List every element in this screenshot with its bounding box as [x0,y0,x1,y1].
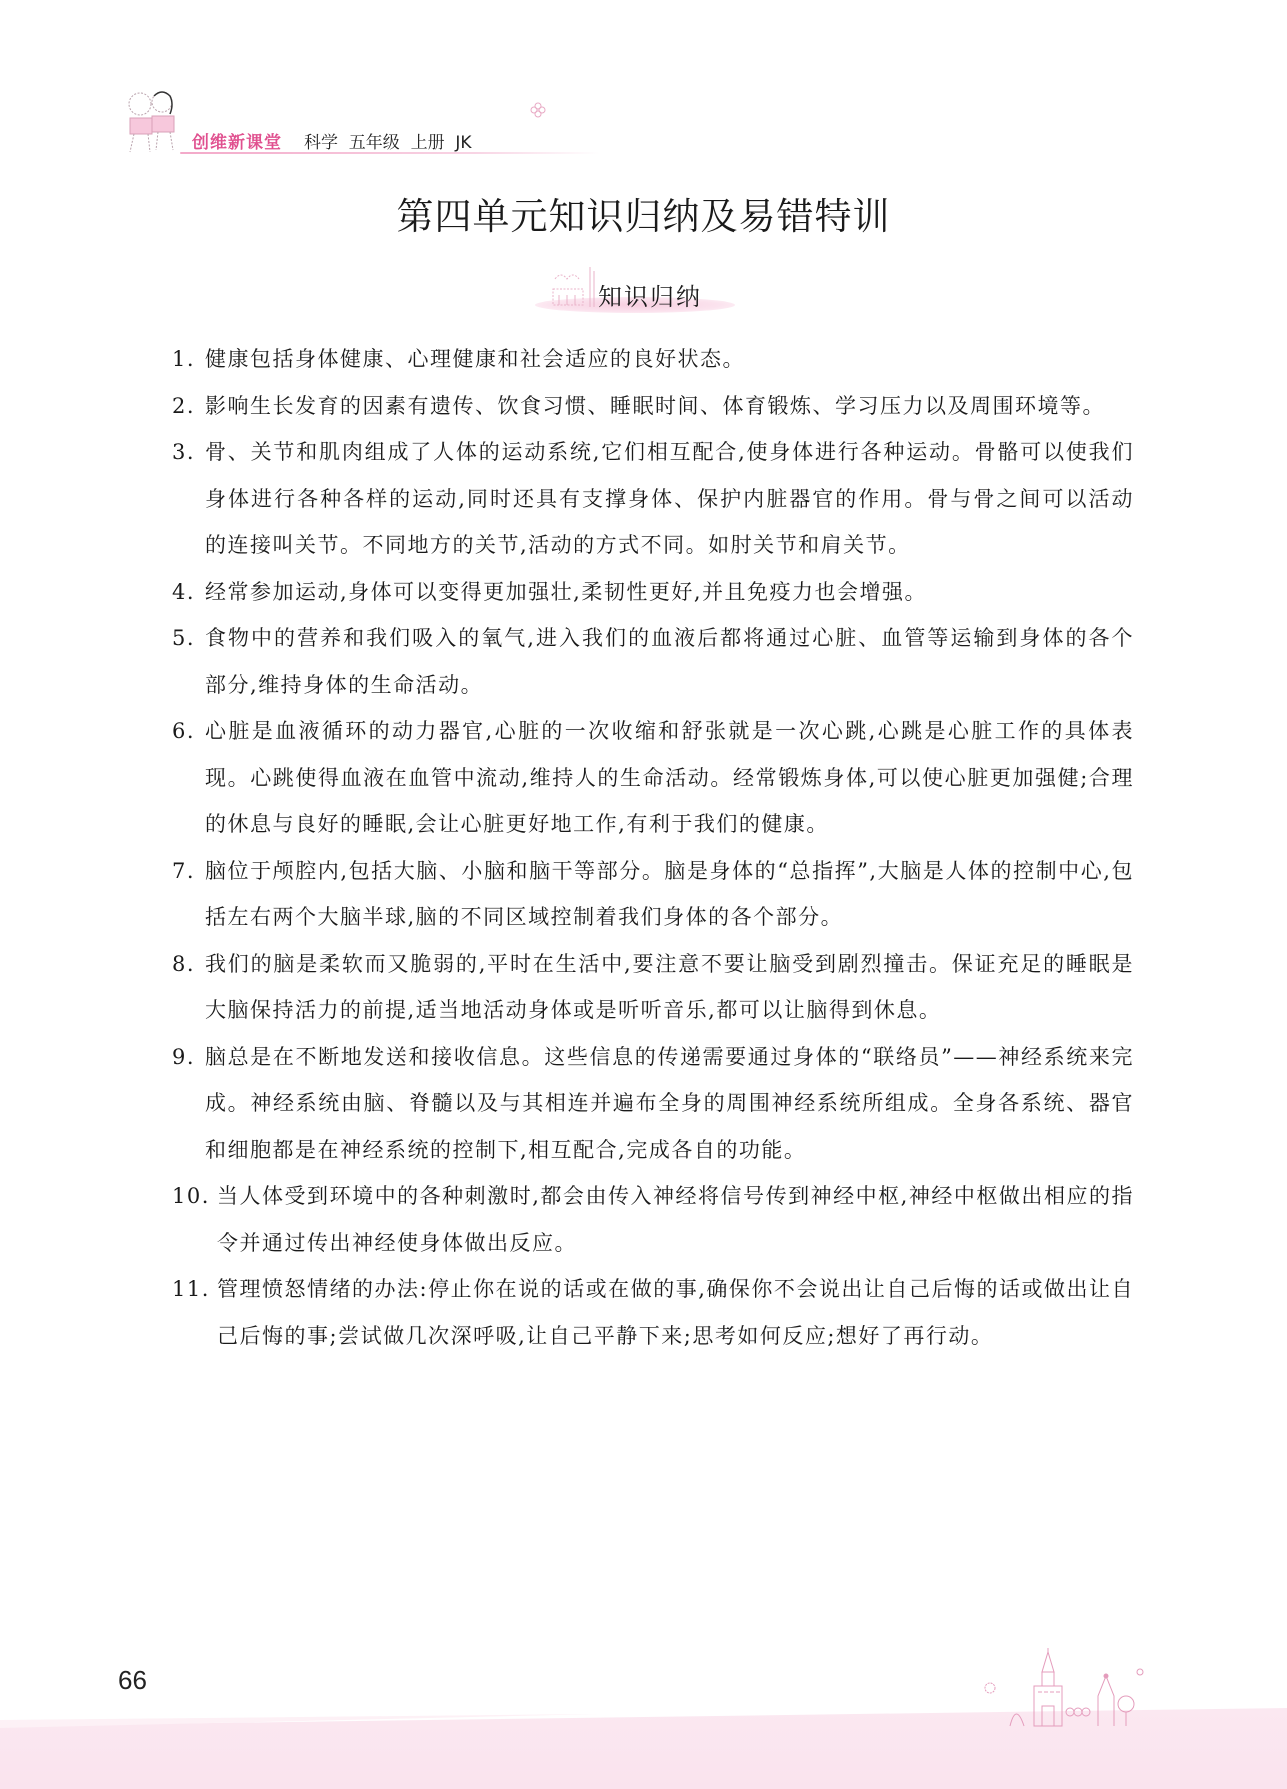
item-text: 食物中的营养和我们吸入的氧气,进入我们的血液后都将通过心脏、血管等运输到身体的各… [172,615,1134,708]
item-text: 我们的脑是柔软而又脆弱的,平时在生活中,要注意不要让脑受到剧烈撞击。保证充足的睡… [172,941,1134,1034]
item-text: 管理愤怒情绪的办法:停止你在说的话或在做的事,确保你不会说出让自己后悔的话或做出… [172,1266,1134,1359]
item-text: 脑总是在不断地发送和接收信息。这些信息的传递需要通过身体的“联络员”——神经系统… [172,1034,1134,1174]
item-text: 健康包括身体健康、心理健康和社会适应的良好状态。 [172,336,1134,383]
item-number: 3. [172,429,195,476]
item-number: 4. [172,569,195,616]
list-item: 11.管理愤怒情绪的办法:停止你在说的话或在做的事,确保你不会说出让自己后悔的话… [172,1266,1134,1359]
item-text: 脑位于颅腔内,包括大脑、小脑和脑干等部分。脑是身体的“总指挥”,大脑是人体的控制… [172,848,1134,941]
item-number: 10. [172,1173,210,1220]
playground-illustration-icon [545,265,605,309]
item-number: 6. [172,708,195,755]
list-item: 8.我们的脑是柔软而又脆弱的,平时在生活中,要注意不要让脑受到剧烈撞击。保证充足… [172,941,1134,1034]
list-item: 10.当人体受到环境中的各种刺激时,都会由传入神经将信号传到神经中枢,神经中枢做… [172,1173,1134,1266]
page-number: 66 [118,1665,147,1696]
item-number: 11. [172,1266,210,1313]
item-number: 7. [172,848,195,895]
header-underline [180,152,600,154]
list-item: 4.经常参加运动,身体可以变得更加强壮,柔韧性更好,并且免疫力也会增强。 [172,569,1134,616]
item-text: 经常参加运动,身体可以变得更加强壮,柔韧性更好,并且免疫力也会增强。 [172,569,1134,616]
item-text: 心脏是血液循环的动力器官,心脏的一次收缩和舒张就是一次心跳,心跳是心脏工作的具体… [172,708,1134,848]
subject-line: 科学 五年级 上册 JK [304,128,472,153]
list-item: 1.健康包括身体健康、心理健康和社会适应的良好状态。 [172,336,1134,383]
item-text: 骨、关节和肌肉组成了人体的运动系统,它们相互配合,使身体进行各种运动。骨骼可以使… [172,429,1134,569]
list-item: 9.脑总是在不断地发送和接收信息。这些信息的传递需要通过身体的“联络员”——神经… [172,1034,1134,1174]
page-header: 创维新课堂 科学 五年级 上册 JK [120,86,620,156]
item-number: 2. [172,383,195,430]
item-number: 1. [172,336,195,383]
list-item: 2.影响生长发育的因素有遗传、饮食习惯、睡眠时间、体育锻炼、学习压力以及周围环境… [172,383,1134,430]
item-number: 5. [172,615,195,662]
kids-illustration-icon [120,86,190,156]
page-title: 第四单元知识归纳及易错特训 [0,186,1287,240]
section-title: 知识归纳 [598,277,702,312]
list-item: 5.食物中的营养和我们吸入的氧气,进入我们的血液后都将通过心脏、血管等运输到身体… [172,615,1134,708]
section-heading: 知识归纳 [535,265,745,315]
item-number: 9. [172,1034,195,1081]
brand-name: 创维新课堂 [192,128,282,153]
list-item: 6.心脏是血液循环的动力器官,心脏的一次收缩和舒张就是一次心跳,心跳是心脏工作的… [172,708,1134,848]
list-item: 3.骨、关节和肌肉组成了人体的运动系统,它们相互配合,使身体进行各种运动。骨骼可… [172,429,1134,569]
castle-illustration-icon [940,1648,1170,1728]
item-text: 影响生长发育的因素有遗传、饮食习惯、睡眠时间、体育锻炼、学习压力以及周围环境等。 [172,383,1134,430]
item-text: 当人体受到环境中的各种刺激时,都会由传入神经将信号传到神经中枢,神经中枢做出相应… [172,1173,1134,1266]
item-number: 8. [172,941,195,988]
list-item: 7.脑位于颅腔内,包括大脑、小脑和脑干等部分。脑是身体的“总指挥”,大脑是人体的… [172,848,1134,941]
knowledge-list: 1.健康包括身体健康、心理健康和社会适应的良好状态。 2.影响生长发育的因素有遗… [172,336,1134,1359]
flower-icon [528,100,548,120]
